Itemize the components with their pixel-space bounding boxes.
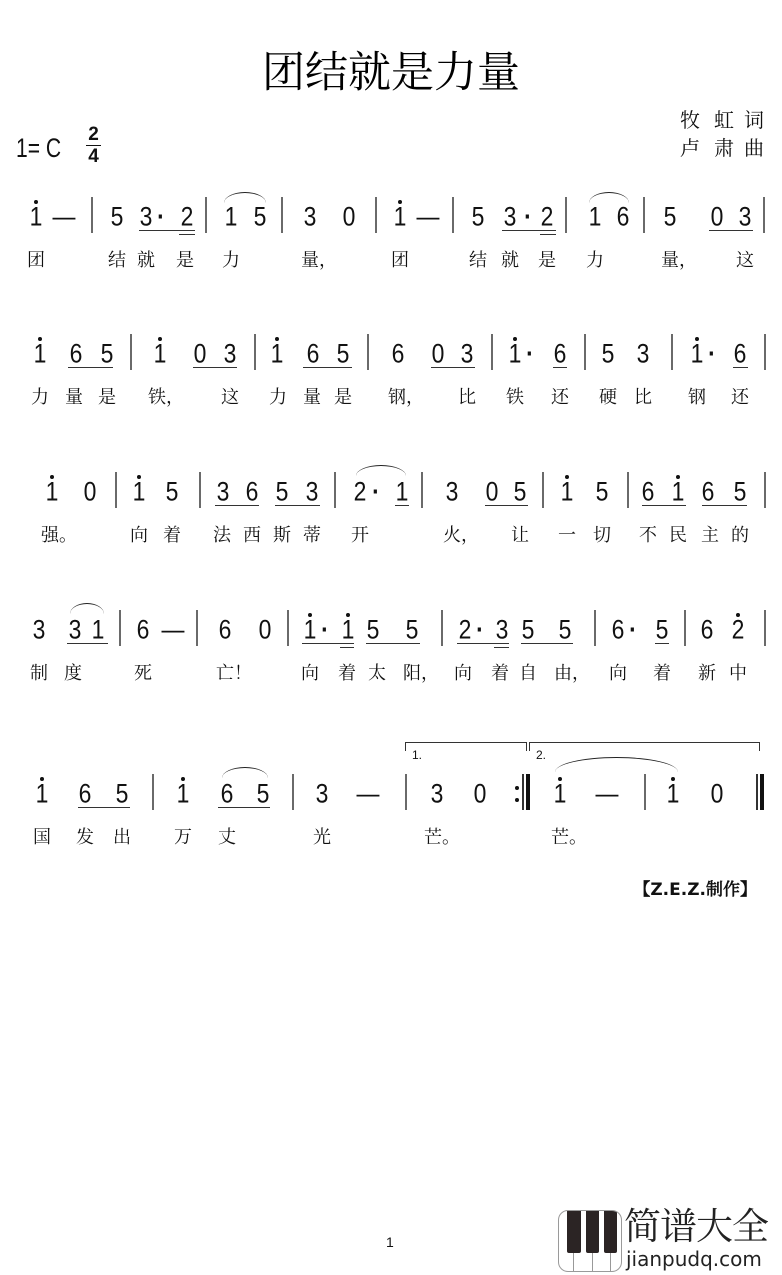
eighth-underline (78, 807, 130, 808)
time-signature-numerator: 2 (86, 126, 101, 144)
white-key-divider (592, 1253, 593, 1272)
note: 6 (554, 341, 567, 368)
eighth-underline (457, 643, 509, 644)
lyric: 着 (338, 665, 356, 683)
rest: 0 (343, 204, 356, 231)
octave-dot (34, 200, 38, 204)
note: 1 (271, 341, 284, 368)
note: 3 (446, 479, 459, 506)
note: 2 (181, 204, 194, 231)
transcriber-credit: 【Z.E.Z.制作】 (633, 879, 757, 901)
second-ending-bracket (529, 742, 760, 751)
lyric: 着 (491, 665, 509, 683)
barline (643, 197, 645, 233)
page-number: 1 (386, 1234, 394, 1250)
note: 6 (307, 341, 320, 368)
octave-dot (346, 613, 350, 617)
lyric: 芒。 (551, 829, 587, 847)
eighth-underline (642, 505, 686, 506)
octave-dot (50, 475, 54, 479)
white-key-divider (573, 1253, 574, 1272)
slur (222, 767, 268, 778)
note: 1 (509, 341, 522, 368)
white-key-divider (610, 1253, 611, 1272)
lyricist-given-name: 虹 (714, 109, 734, 131)
note: 3 (306, 479, 319, 506)
note: 1 (92, 617, 105, 644)
note: 5 (337, 341, 350, 368)
lyric: 这 (736, 252, 754, 270)
note: 5 (472, 204, 485, 231)
note-extension-dash: — (596, 781, 619, 808)
lyric: 就 (501, 252, 519, 270)
lyric: 光 (313, 829, 331, 847)
lyric: 开 (351, 527, 369, 545)
note: 3 (316, 781, 329, 808)
eighth-underline (68, 367, 113, 368)
note: 5 (276, 479, 289, 506)
barline (115, 472, 117, 508)
lyric: 让 (511, 527, 529, 545)
note: 3 (431, 781, 444, 808)
note: 1 (36, 781, 49, 808)
note: 1 (672, 479, 685, 506)
first-ending-bracket (405, 742, 527, 751)
eighth-underline (303, 367, 352, 368)
rest: 0 (486, 479, 499, 506)
note: 3 (69, 617, 82, 644)
lyric: 力 (586, 252, 604, 270)
black-key (586, 1211, 599, 1253)
barline (684, 610, 686, 646)
note: 3 (140, 204, 153, 231)
lyric: 比 (458, 389, 476, 407)
key-signature: 1= C (16, 133, 61, 163)
augmentation-dot: · (708, 341, 716, 368)
octave-dot (558, 777, 562, 781)
note: 6 (70, 341, 83, 368)
lyric: 还 (731, 389, 749, 407)
note-extension-dash: — (357, 781, 380, 808)
lyric: 力 (222, 252, 240, 270)
note: 1 (554, 781, 567, 808)
eighth-underline (485, 505, 528, 506)
augmentation-dot: · (157, 204, 165, 231)
composer-surname: 卢 (680, 137, 700, 159)
lyric: 亡！ (216, 665, 252, 683)
eighth-underline (139, 230, 195, 231)
lyric: 度 (64, 665, 82, 683)
note: 5 (254, 204, 267, 231)
note: 3 (224, 341, 237, 368)
first-ending-label: 1. (412, 749, 422, 761)
watermark-site-name: 简谱大全 (624, 1206, 768, 1248)
lyric: 一 (558, 527, 576, 545)
octave-dot (513, 337, 517, 341)
lyric: 量 (65, 389, 83, 407)
lyric: 量， (301, 252, 337, 270)
eighth-underline (521, 643, 573, 644)
barline (375, 197, 377, 233)
barline (764, 610, 766, 646)
note: 1 (154, 341, 167, 368)
note: 3 (33, 617, 46, 644)
octave-dot (398, 200, 402, 204)
lyric: 向 (454, 665, 472, 683)
note: 6 (701, 617, 714, 644)
staff-row-3: 1 0 1 5 3 6 5 3 2 · 1 3 0 5 1 5 6 1 6 5 … (0, 452, 782, 552)
lyric: 西 (243, 527, 261, 545)
note: 5 (166, 479, 179, 506)
slur (555, 757, 678, 772)
note: 6 (137, 617, 150, 644)
note: 3 (304, 204, 317, 231)
octave-dot (671, 777, 675, 781)
lyricist-surname: 牧 (680, 109, 700, 131)
final-barline-thin (756, 774, 758, 810)
song-title: 团结就是力量 (0, 48, 782, 98)
eighth-underline (67, 643, 108, 644)
augmentation-dot: · (629, 617, 637, 644)
note: 5 (602, 341, 615, 368)
barline (491, 334, 493, 370)
note: 6 (642, 479, 655, 506)
barline (152, 774, 154, 810)
sixteenth-underline (340, 647, 354, 648)
lyric: 结 (469, 252, 487, 270)
note: 6 (79, 781, 92, 808)
sixteenth-underline (494, 647, 509, 648)
barline (405, 774, 407, 810)
lyric: 力 (269, 389, 287, 407)
eighth-underline (275, 505, 320, 506)
eighth-underline (702, 505, 747, 506)
eighth-underline (302, 643, 354, 644)
barline (565, 197, 567, 233)
note: 1 (225, 204, 238, 231)
note: 5 (257, 781, 270, 808)
augmentation-dot: · (372, 479, 380, 506)
lyric: 强。 (41, 527, 77, 545)
note: 5 (656, 617, 669, 644)
sixteenth-underline (540, 234, 556, 235)
lyric: 中 (729, 665, 747, 683)
barline (196, 610, 198, 646)
note: 5 (734, 479, 747, 506)
rest: 0 (84, 479, 97, 506)
note: 6 (734, 341, 747, 368)
lyric: 是 (98, 389, 116, 407)
rest: 0 (194, 341, 207, 368)
staff-row-1: 1 — 5 3 · 2 1 5 3 0 1 — 5 3 · 2 1 6 5 0 … (0, 177, 782, 277)
lyric: 铁， (148, 389, 184, 407)
eighth-underline (655, 643, 669, 644)
barline (594, 610, 596, 646)
lyric: 量 (303, 389, 321, 407)
lyric: 不 (639, 527, 657, 545)
lyric: 是 (538, 252, 556, 270)
note: 1 (561, 479, 574, 506)
barline (627, 472, 629, 508)
note: 1 (342, 617, 355, 644)
note: 1 (177, 781, 190, 808)
octave-dot (137, 475, 141, 479)
lyric: 是 (176, 252, 194, 270)
eighth-underline (431, 367, 475, 368)
note: 6 (392, 341, 405, 368)
lyric: 出 (113, 829, 131, 847)
barline (254, 334, 256, 370)
note: 6 (612, 617, 625, 644)
piano-keys-logo-icon (558, 1210, 622, 1272)
barline (763, 197, 765, 233)
note: 6 (246, 479, 259, 506)
barline (644, 774, 646, 810)
note: 1 (133, 479, 146, 506)
lyric: 团 (391, 252, 409, 270)
eighth-underline (366, 643, 420, 644)
barline (452, 197, 454, 233)
lyric: 万 (174, 829, 192, 847)
lyric: 硬 (599, 389, 617, 407)
note: 6 (702, 479, 715, 506)
note: 2 (459, 617, 472, 644)
lyric: 火， (443, 527, 479, 545)
note: 1 (396, 479, 409, 506)
rest: 0 (711, 204, 724, 231)
lyric: 自 (519, 665, 537, 683)
lyric: 制 (30, 665, 48, 683)
note: 5 (116, 781, 129, 808)
lyric: 新 (698, 665, 716, 683)
note: 3 (217, 479, 230, 506)
augmentation-dot: · (321, 617, 329, 644)
lyric: 太 (368, 665, 386, 683)
lyric: 团 (27, 252, 45, 270)
lyric: 民 (669, 527, 687, 545)
black-key (604, 1211, 617, 1253)
eighth-underline (215, 505, 259, 506)
lyric: 向 (609, 665, 627, 683)
octave-dot (565, 475, 569, 479)
lyric: 阳， (403, 665, 439, 683)
note: 1 (667, 781, 680, 808)
slur (356, 465, 406, 476)
barline (542, 472, 544, 508)
barline (764, 334, 766, 370)
lyric: 的 (731, 527, 749, 545)
lyric: 切 (593, 527, 611, 545)
barline (287, 610, 289, 646)
octave-dot (181, 777, 185, 781)
note-extension-dash: — (162, 617, 185, 644)
lyric: 斯 (273, 527, 291, 545)
lyric: 是 (334, 389, 352, 407)
repeat-dot-upper (515, 786, 519, 790)
note: 1 (30, 204, 43, 231)
note: 5 (101, 341, 114, 368)
note: 3 (637, 341, 650, 368)
barline (205, 197, 207, 233)
time-signature: 2 4 (86, 126, 101, 166)
repeat-barline-thick (526, 774, 530, 810)
eighth-underline (709, 230, 753, 231)
eighth-underline (733, 367, 748, 368)
note: 5 (559, 617, 572, 644)
lyric: 法 (213, 527, 231, 545)
note: 5 (111, 204, 124, 231)
note: 3 (461, 341, 474, 368)
lyric: 向 (130, 527, 148, 545)
barline (130, 334, 132, 370)
note: 1 (691, 341, 704, 368)
note: 2 (541, 204, 554, 231)
lyric: 就 (137, 252, 155, 270)
lyric: 钢 (688, 389, 706, 407)
barline (584, 334, 586, 370)
lyric: 由， (554, 665, 590, 683)
black-key (567, 1211, 581, 1253)
eighth-underline (553, 367, 567, 368)
augmentation-dot: · (526, 341, 534, 368)
barline (119, 610, 121, 646)
note: 3 (504, 204, 517, 231)
note: 5 (596, 479, 609, 506)
repeat-dot-lower (515, 798, 519, 802)
barline (91, 197, 93, 233)
note: 3 (739, 204, 752, 231)
note: 1 (34, 341, 47, 368)
note: 5 (664, 204, 677, 231)
lyric: 结 (108, 252, 126, 270)
octave-dot (158, 337, 162, 341)
augmentation-dot: · (476, 617, 484, 644)
lyric: 国 (33, 829, 51, 847)
eighth-underline (218, 807, 270, 808)
note-extension-dash: — (417, 204, 440, 231)
note-extension-dash: — (53, 204, 76, 231)
eighth-underline (395, 505, 409, 506)
note: 5 (406, 617, 419, 644)
lyric: 死 (134, 665, 152, 683)
eighth-underline (193, 367, 237, 368)
note: 2 (732, 617, 745, 644)
lyric: 量， (661, 252, 697, 270)
barline (199, 472, 201, 508)
lyric: 向 (301, 665, 319, 683)
lyric: 铁 (506, 389, 524, 407)
lyric: 着 (653, 665, 671, 683)
barline (441, 610, 443, 646)
time-signature-denominator: 4 (86, 148, 101, 166)
octave-dot (38, 337, 42, 341)
octave-dot (676, 475, 680, 479)
octave-dot (736, 613, 740, 617)
barline (764, 472, 766, 508)
note: 1 (589, 204, 602, 231)
final-barline-thick (760, 774, 764, 810)
staff-row-4: 3 3 1 6 — 6 0 1 · 1 5 5 2 · 3 5 5 6 · 5 … (0, 590, 782, 690)
note: 6 (221, 781, 234, 808)
note: 1 (46, 479, 59, 506)
lyric: 主 (701, 527, 719, 545)
lyric: 芒。 (424, 829, 460, 847)
note: 6 (219, 617, 232, 644)
note: 5 (522, 617, 535, 644)
lyric: 发 (76, 829, 94, 847)
note: 5 (514, 479, 527, 506)
lyric: 丈 (218, 829, 236, 847)
rest: 0 (432, 341, 445, 368)
lyric: 力 (31, 389, 49, 407)
lyric: 蒂 (303, 527, 321, 545)
barline (671, 334, 673, 370)
octave-dot (695, 337, 699, 341)
lyric: 还 (551, 389, 569, 407)
lyric: 这 (221, 389, 239, 407)
sixteenth-underline (179, 234, 195, 235)
note: 3 (496, 617, 509, 644)
barline (367, 334, 369, 370)
composer-role: 曲 (744, 137, 764, 159)
watermark-site-url: jianpudq.com (626, 1248, 762, 1270)
note: 6 (617, 204, 630, 231)
lyric: 钢， (388, 389, 424, 407)
staff-row-2: 1 6 5 1 0 3 1 6 5 6 0 3 1 · 6 5 3 1 · 6 … (0, 314, 782, 414)
barline (421, 472, 423, 508)
eighth-underline (502, 230, 556, 231)
second-ending-label: 2. (536, 749, 546, 761)
octave-dot (275, 337, 279, 341)
note: 2 (354, 479, 367, 506)
repeat-barline-thin (522, 774, 524, 810)
rest: 0 (474, 781, 487, 808)
augmentation-dot: · (524, 204, 532, 231)
octave-dot (40, 777, 44, 781)
composer-given-name: 肃 (714, 137, 734, 159)
rest: 0 (711, 781, 724, 808)
lyric: 着 (163, 527, 181, 545)
staff-row-5: 1. 2. 1 6 5 1 6 5 3 — 3 0 1 — 1 0 国 发 出 … (0, 754, 782, 854)
barline (292, 774, 294, 810)
lyricist-role: 词 (744, 109, 764, 131)
note: 1 (304, 617, 317, 644)
octave-dot (308, 613, 312, 617)
barline (334, 472, 336, 508)
slur (70, 603, 104, 614)
lyric: 比 (634, 389, 652, 407)
note: 5 (367, 617, 380, 644)
rest: 0 (259, 617, 272, 644)
note: 1 (394, 204, 407, 231)
barline (281, 197, 283, 233)
